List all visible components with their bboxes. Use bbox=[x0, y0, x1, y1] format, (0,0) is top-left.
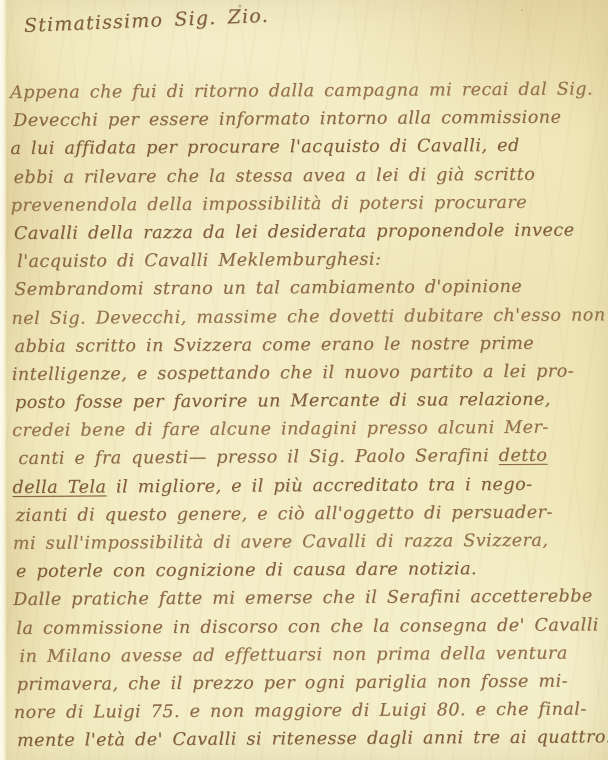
line-text: in Milano avesse ad effettuarsi non prim… bbox=[19, 643, 567, 666]
line-text: ebbi a rilevare che la stessa avea a lei… bbox=[14, 164, 536, 187]
letter-line: la commissione in discorso con che la co… bbox=[13, 611, 608, 643]
line-text: e poterle con cognizione di causa dare n… bbox=[16, 559, 477, 582]
letter-line: primavera, che il prezzo per ogni parigl… bbox=[14, 667, 608, 699]
line-text: Devecchi per essere informato intorno al… bbox=[13, 108, 561, 131]
letter-line: Devecchi per essere informato intorno al… bbox=[10, 104, 608, 136]
letter-line: mente l'età de' Cavalli si ritenesse dag… bbox=[14, 724, 608, 756]
line-text: Cavalli della razza da lei desiderata pr… bbox=[14, 220, 575, 243]
line-text: mi sull'impossibilità di avere Cavalli d… bbox=[13, 531, 549, 554]
line-text: abbia scritto in Svizzera come erano le … bbox=[15, 333, 535, 356]
line-text: la commissione in discorso con che la co… bbox=[16, 615, 599, 639]
underlined-text: detto bbox=[499, 446, 548, 466]
letter-line: ebbi a rilevare che la stessa avea a lei… bbox=[11, 160, 608, 192]
letter-line: a lui affidata per procurare l'acquisto … bbox=[10, 132, 608, 164]
letter-line: nore di Luigi 75. e non maggiore di Luig… bbox=[14, 695, 608, 727]
line-text: canti e fra questi— presso il Sig. Paolo… bbox=[18, 446, 499, 469]
line-text: l'acquisto di Cavalli Meklemburghesi: bbox=[17, 250, 381, 272]
letter-line: in Milano avesse ad effettuarsi non prim… bbox=[13, 639, 608, 671]
line-text: il migliore, e il più accreditato tra i … bbox=[106, 474, 532, 497]
line-text: posto fosse per favorire un Mercante di … bbox=[15, 390, 551, 413]
line-text: Sembrandomi strano un tal cambiamento d'… bbox=[14, 277, 522, 300]
line-text: intelligenze, e sospettando che il nuovo… bbox=[12, 361, 574, 384]
letter-body: Appena che fui di ritorno dalla campagna… bbox=[10, 75, 608, 755]
letter-line: abbia scritto in Svizzera come erano le … bbox=[12, 329, 608, 361]
line-text: nel Sig. Devecchi, massime che dovetti d… bbox=[11, 305, 605, 329]
line-text: a lui affidata per procurare l'acquisto … bbox=[10, 136, 519, 159]
line-text: zianti di questo genere, e ciò all'ogget… bbox=[16, 503, 553, 526]
paper-left-edge bbox=[0, 0, 7, 760]
letter-line: della Tela il migliore, e il più accredi… bbox=[12, 470, 608, 502]
letter-line: e poterle con cognizione di causa dare n… bbox=[13, 555, 608, 587]
line-text: mente l'età de' Cavalli si ritenesse dag… bbox=[17, 728, 608, 752]
letter-line: nel Sig. Devecchi, massime che dovetti d… bbox=[11, 301, 608, 333]
line-text: Appena che fui di ritorno dalla campagna… bbox=[10, 79, 593, 103]
letter-line: l'acquisto di Cavalli Meklemburghesi: bbox=[11, 244, 608, 276]
letter-line: Appena che fui di ritorno dalla campagna… bbox=[10, 75, 608, 107]
letter-line: Cavalli della razza da lei desiderata pr… bbox=[11, 216, 608, 248]
letter-line: intelligenze, e sospettando che il nuovo… bbox=[12, 357, 608, 389]
letter-line: Sembrandomi strano un tal cambiamento d'… bbox=[11, 273, 608, 305]
line-text: nore di Luigi 75. e non maggiore di Luig… bbox=[14, 700, 587, 723]
underlined-text: della Tela bbox=[12, 477, 106, 498]
letter-line: credei bene di fare alcune indagini pres… bbox=[12, 414, 608, 446]
letter-line: posto fosse per favorire un Mercante di … bbox=[12, 385, 608, 417]
line-text: prevenendola della impossibilità di pote… bbox=[11, 193, 527, 216]
letter-line: prevenendola della impossibilità di pote… bbox=[11, 188, 608, 220]
letter-line: canti e fra questi— presso il Sig. Paolo… bbox=[12, 442, 608, 474]
line-text: primavera, che il prezzo per ogni parigl… bbox=[17, 672, 568, 695]
line-text: credei bene di fare alcune indagini pres… bbox=[12, 418, 549, 441]
letter-line: mi sull'impossibilità di avere Cavalli d… bbox=[13, 526, 608, 558]
line-text: Dalle pratiche fatte mi emerse che il Se… bbox=[13, 587, 593, 611]
letter-line: Dalle pratiche fatte mi emerse che il Se… bbox=[13, 583, 608, 615]
letter-page: Stimatissimo Sig. Zio. Appena che fui di… bbox=[0, 0, 608, 760]
letter-line: zianti di questo genere, e ciò all'ogget… bbox=[13, 498, 608, 530]
